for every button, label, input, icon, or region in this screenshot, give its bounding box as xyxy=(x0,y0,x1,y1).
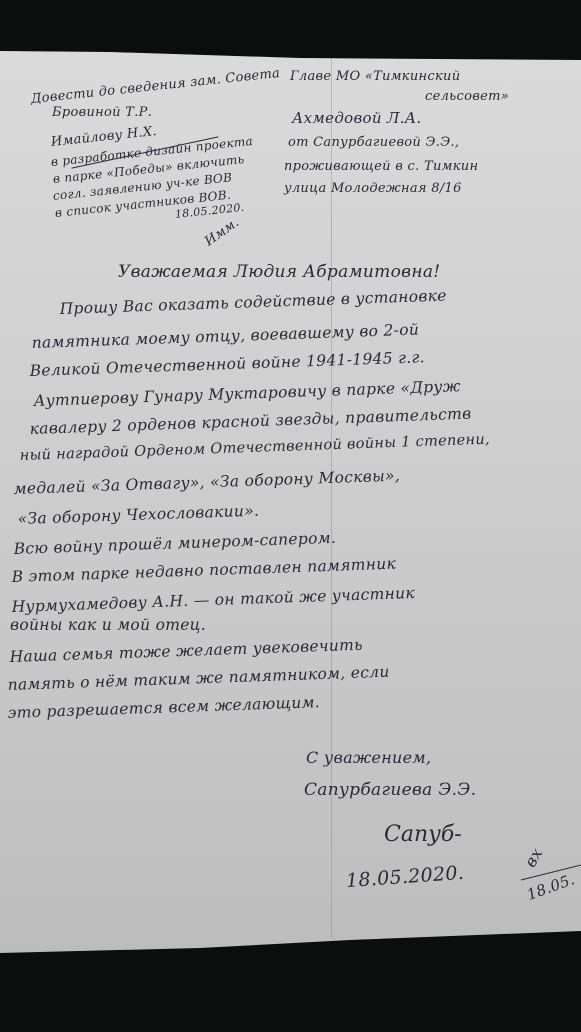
body-line: войны как и мой отец. xyxy=(10,616,206,634)
addressee-line: Ахмедовой Л.А. xyxy=(292,106,421,131)
addressee-line: улица Молодежная 8/16 xyxy=(284,176,462,201)
addressee-line: сельсовет» xyxy=(425,84,509,109)
closing-line: С уважением, xyxy=(306,748,431,767)
addressee-line: от Сапурбагиевой Э.Э., xyxy=(288,130,459,155)
closing-name: Сапурбагиева Э.Э. xyxy=(304,780,476,800)
signature: Сапуб- xyxy=(384,822,462,847)
resolution-line: Бровиной Т.Р. xyxy=(52,103,152,122)
salutation: Уважаемая Людия Абрамитовна! xyxy=(118,262,440,282)
